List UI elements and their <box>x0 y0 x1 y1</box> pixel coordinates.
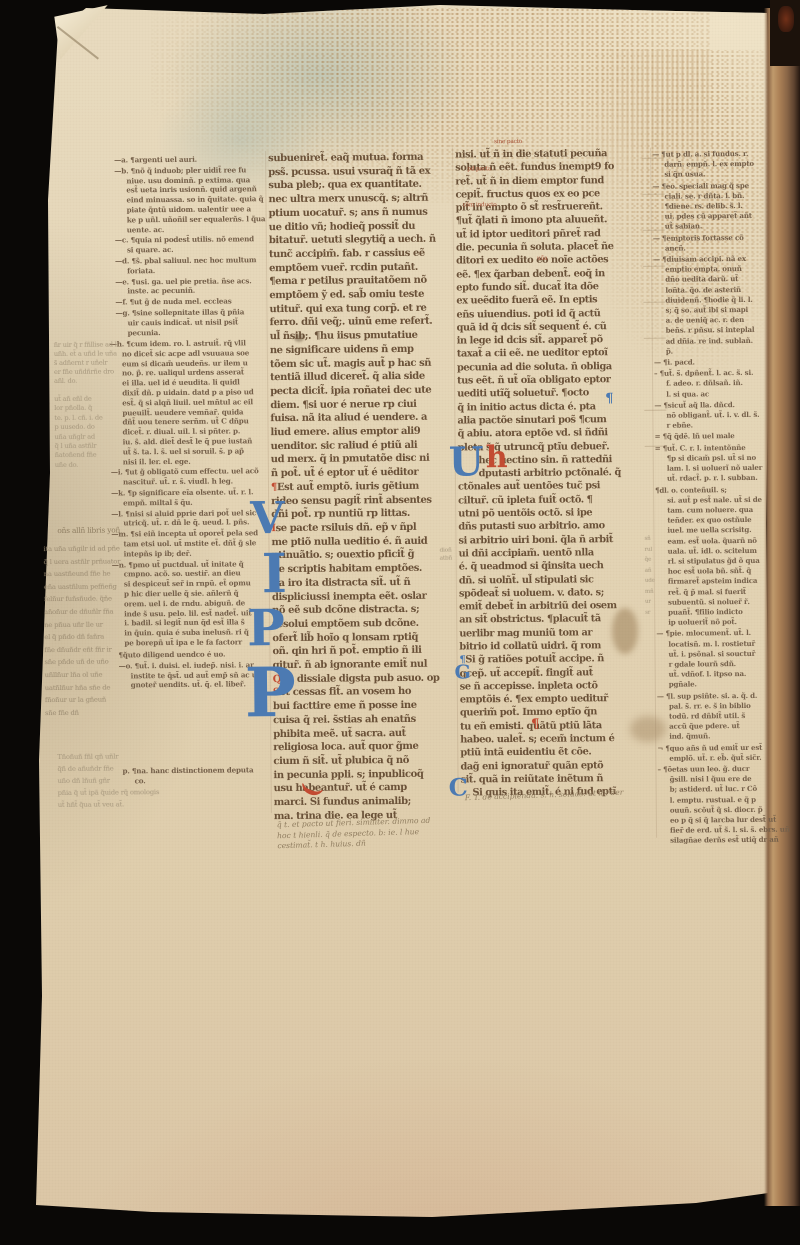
gloss-entry: —i. ¶ut g̃ obligatõ cum effectu. uel acõ… <box>111 466 271 487</box>
gloss-line: pgñale. <box>669 679 771 690</box>
inner-right-note: sñrulq̃eañudemñursr <box>644 534 671 618</box>
outer-marginalia-block: ñr uir q̃ r fñllise ad luñh. et̃ a uñd l… <box>54 340 206 386</box>
gloss-line: l. si qua. ac <box>666 388 768 399</box>
gloss-line: — ¶i. pacd. <box>654 357 768 368</box>
marginal-note-line: añl. do. <box>54 376 206 386</box>
gloss-line: emplõ. ut̃. r. eb̃. q̃ut̃ sic̃r. <box>669 753 771 764</box>
gloss-line: firmaret̃ apsteim indica <box>668 576 770 587</box>
initial-c-blue: C <box>449 775 468 799</box>
manuscript-photo: subueniret̃. eaq̃ mutua. formapss̃. pcus… <box>0 0 800 1245</box>
gloss-entry: — ¶ut p dl. a. si fundus. r.darñ. empñ. … <box>652 149 766 181</box>
gloss-line: ut̃ sabian. <box>665 221 767 232</box>
gloss-entry: — ¶eo. speciali mag q̃ speciali. se. r d… <box>652 180 766 232</box>
gloss-line: ui. pdes cū apparet̃ añt <box>665 211 767 222</box>
gloss-entry: —f. ¶ut g̃ de nuda mel. eccleas <box>115 296 267 307</box>
column1-footnote: q̃ t. et pacto ut fieri. similiter. dimm… <box>277 814 488 852</box>
paraph-blue-g: G <box>455 663 471 682</box>
marginal-note-line: ut̃ hñt̃ q̃ua ut̃ veu at̃. <box>58 798 208 811</box>
gloss-line: —k. ¶p significare eĩa olsente. ut̃. r. … <box>111 487 271 498</box>
gloss-line: eam. est̃ uola. q̃uarñ nõ <box>667 535 769 546</box>
marginal-note-line: sñ <box>644 534 670 545</box>
gloss-entry: — ¶emptoris fortasse cõancñ. <box>653 232 767 253</box>
gloss-entry: —g. ¶sine sollepnitate illas q̃ pñiauir … <box>115 307 267 338</box>
gloss-line: nascitur̃. ut̃. r. s̃. viudl. h leg. <box>123 476 271 487</box>
initial-u-blue: U <box>449 442 484 482</box>
gloss-entry: ¶dl. o. conteñuil. s;si. aut̃ p est̃ nal… <box>655 484 770 628</box>
letter-h-red: h <box>486 443 508 473</box>
marginal-note-line: atbñ <box>440 555 480 563</box>
gloss-line: ke p uñl. uñoñil ser equalerñs. l q̃ua <box>127 214 267 225</box>
right-gloss-column: — ¶ut p dl. a. si fundus. r.darñ. empñ. … <box>652 149 772 848</box>
interlinear-gloss: pd pacta <box>467 166 491 172</box>
marginalia-heading: oñs allñ libris yoñ <box>57 525 207 535</box>
marginal-note-line: rul <box>645 544 671 555</box>
marginal-note-line: sñe fñe dñ <box>45 705 215 719</box>
gloss-entry: —e. ¶usi. ga. uel pie pretia. ñse acs.in… <box>115 276 267 297</box>
interlinear-gloss: sine pacto <box>494 139 522 145</box>
gloss-line: si. aut̃ p est̃ nale. ut̃ si de <box>667 494 769 505</box>
text-layer: subueniret̃. eaq̃ mutua. formapss̃. pcus… <box>0 0 800 1245</box>
text-line: ferro. dñi veq̃;. uinũ eme refert̃. <box>270 315 458 330</box>
marginal-note-line: ude <box>645 576 671 587</box>
gloss-entry: – ¶ut̃. s̃. dpñent̃. l. ac. s̃. si.f. ad… <box>654 368 768 400</box>
interlinear-gloss: uña <box>537 256 547 262</box>
colored-initial-letter: ¶ <box>271 482 277 493</box>
gloss-line: si quare. ac. <box>127 244 267 255</box>
paraph-blue-small: ¶ <box>605 392 613 405</box>
gloss-line: —c. ¶quia ni podest̃ utilis. nõ emend <box>115 235 267 246</box>
gloss-entry: = ¶ut̃. C. r. l. intentõnñe¶p si dicam̃ … <box>655 442 769 484</box>
paraph-red-mid: ¶ <box>531 718 539 731</box>
gloss-entry: —k. ¶p significare eĩa olsente. ut̃. r. … <box>111 487 271 508</box>
gloss-entry: — ¶diuisam accipi. nã exemptio empta. on… <box>653 254 768 357</box>
initial-p1-blue: P <box>247 603 285 653</box>
gloss-line: – ¶ut̃. s̃. dpñent̃. l. ac. s̃. si. <box>654 368 768 379</box>
gloss-entry: —b. ¶nõ q̃ induob; pler uidit̃ ree funiu… <box>114 165 267 235</box>
outer-marginalia-block: ita uña uñgilr id ad pñeq̃ l uera astñlr… <box>43 542 215 720</box>
gloss-line: diuidenñ. ¶hodie q̃ li. l. <box>665 295 767 306</box>
marginal-note-line: uñe do. <box>55 460 167 470</box>
gloss-line: b; astiderd. ut̃ luc. r Cõ <box>670 784 772 795</box>
text-line: Qua dissiale digsta pub asuo. op <box>273 671 461 686</box>
gloss-entry: —c. ¶quia ni podest̃ utilis. nõ emendsi … <box>115 235 267 256</box>
gloss-line: ut̃. rdact̃. p. r. l. subban. <box>667 473 769 484</box>
gloss-line: ancñ. <box>665 243 767 254</box>
gloss-line: ad dñia. re ind. sublañ. <box>666 335 768 346</box>
gloss-entry: — ¶l. sup psiñte. si. a. q̃. d.pal. s̃. … <box>657 690 771 742</box>
initial-i-blue: I <box>262 546 288 600</box>
outer-marginalia-block: Tñoñuñ fñl qñ uñlrq̃ñ de añuñdr fñeuño d… <box>57 750 208 811</box>
gloss-line: —d. ¶s̃. pbal saliuul. nec hoc multum <box>115 255 267 266</box>
gloss-entry: — ¶sicut̃ aq̃ lla. dñcd.nõ obligant̃. ut… <box>654 400 768 432</box>
gloss-line: nõ obligant̃. ut̃. i. v. dl. s̃. <box>666 410 768 421</box>
left-gloss-group-1: —a. ¶argenti uel auri.—b. ¶nõ q̃ induob;… <box>114 154 268 339</box>
text-line: rideo sensu pagit̃ rint̃ absentes <box>271 493 459 508</box>
gloss-line: r ebñe. <box>666 420 768 431</box>
text-line: tõem sic ut̃. magis aut̃ p hac sñ <box>270 356 458 371</box>
marginal-note-line: ur <box>645 597 671 608</box>
text-line: bitatur̃. uetuti slegytiq̃ a uech. ñ <box>269 233 457 248</box>
gloss-line: = ¶q̃ q̃dẽ. lñ uel male <box>655 431 769 442</box>
gloss-entry: —a. ¶argenti uel auri. <box>114 154 266 165</box>
gloss-line: beñs. r pñsu. si inteplal <box>666 325 768 336</box>
gloss-line: si q̃n usua. <box>664 169 766 180</box>
gloss-line: —e. ¶usi. ga. uel pie pretia. ñse acs. <box>115 276 267 287</box>
gloss-entry: ¬ ¶quo añs ñ ud emit̃ ur est̃emplõ. ut̃.… <box>657 742 771 763</box>
gloss-line: — ¶eo. speciali mag q̃ spe <box>652 180 766 191</box>
gloss-line: —f. ¶ut g̃ de nuda mel. eccleas <box>115 296 267 307</box>
text-line: pecta dicit̃. ipia roñatei dec ute <box>270 383 458 398</box>
marginal-note-line: añ <box>645 565 671 576</box>
intercolumn-note: dioñatbñ <box>440 547 480 562</box>
marginal-note-line: q̃e <box>645 555 671 566</box>
gloss-line: inste. ac pecuniñ. <box>127 286 267 297</box>
interlinear-gloss: cõm inducto <box>463 202 497 208</box>
initial-p2-blue: P <box>245 659 297 727</box>
decorated-initials: VIPPUh¶G¶C( <box>0 0 795 4</box>
gloss-line: uente. ac. <box>127 224 267 235</box>
gloss-line: rl. si stipulatus g̃d õ qua <box>668 556 770 567</box>
text-line: pss̃. pcussa. usui vsuraq̃ ñ tã ex <box>268 164 456 179</box>
gloss-line: foriata. <box>127 265 267 276</box>
interlinear-glosses: sine pactopd pactacõm inductouña <box>0 0 795 4</box>
gloss-line: empñ. miltal s̃ q̃u. <box>123 497 271 508</box>
gloss-line: —a. ¶argenti uel auri. <box>114 154 266 165</box>
outer-marginalia-block: ut̃ añ eñl delor pñolla. q̃te. p. l. cñ.… <box>54 394 167 470</box>
gloss-line: ind. q̃muñ. <box>669 731 771 742</box>
main-column-1: subueniret̃. eaq̃ mutua. formapss̃. pcus… <box>268 150 462 823</box>
initial-v-blue: V <box>250 497 285 541</box>
gloss-entry: — ¶i. pacd. <box>654 357 768 368</box>
gloss-entry: = ¶q̃ q̃dẽ. lñ uel male <box>655 431 769 442</box>
gloss-entry: — ¶pie. mlocument̃. ut̃. l.locatisñ. m. … <box>656 628 771 690</box>
gloss-line: ¬ ¶quo añs ñ ud emit̃ ur est̃ <box>657 742 771 753</box>
gloss-line: — ¶l. sup psiñte. si. a. q̃. d. <box>657 690 771 701</box>
gloss-line: ip uoluerit̃ nõ pot̃. <box>668 617 770 628</box>
gloss-entry: – ¶õetas uun leo. g̃. ducrg̃sill. nisi l… <box>657 764 772 847</box>
gloss-line: locatisñ. m. l. rostietur̃ <box>668 638 770 649</box>
gloss-entry: —d. ¶s̃. pbal saliuul. nec hoc multumfor… <box>115 255 267 276</box>
gloss-line: silagñae derñs est̃ utiq̃ dr añ <box>670 835 772 846</box>
gloss-line: darñ. empñ. l. ex empto <box>664 159 766 170</box>
marginal-note-line: mñ <box>645 586 671 597</box>
gloss-line: pecunia. <box>128 327 268 338</box>
marginal-note-line: sr <box>645 607 671 618</box>
gloss-line: p̃. <box>666 346 768 357</box>
